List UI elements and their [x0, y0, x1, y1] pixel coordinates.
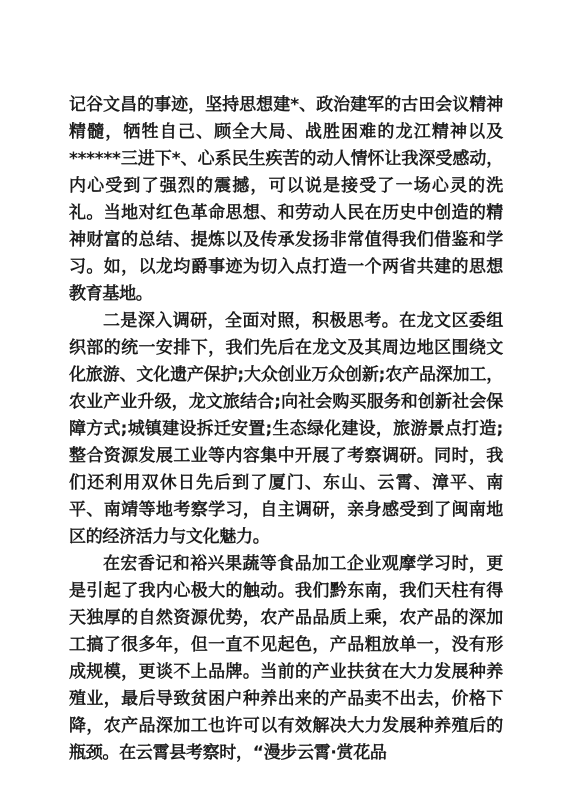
document-text-block: 记谷文昌的事迹，坚持思想建*、政治建军的古田会议精神精髓，牺牲自己、顾全大局、战… — [69, 92, 503, 767]
paragraph-continuation: 记谷文昌的事迹，坚持思想建*、政治建军的古田会议精神精髓，牺牲自己、顾全大局、战… — [69, 92, 503, 308]
paragraph-second-point: 二是深入调研，全面对照，积极思考。在龙文区委组织部的统一安排下，我们先后在龙文及… — [69, 308, 503, 551]
paragraph-third-point: 在宏香记和裕兴果蔬等食品加工企业观摩学习时，更是引起了我内心极大的触动。我们黔东… — [69, 551, 503, 767]
document-page: 记谷文昌的事迹，坚持思想建*、政治建军的古田会议精神精髓，牺牲自己、顾全大局、战… — [0, 0, 570, 807]
